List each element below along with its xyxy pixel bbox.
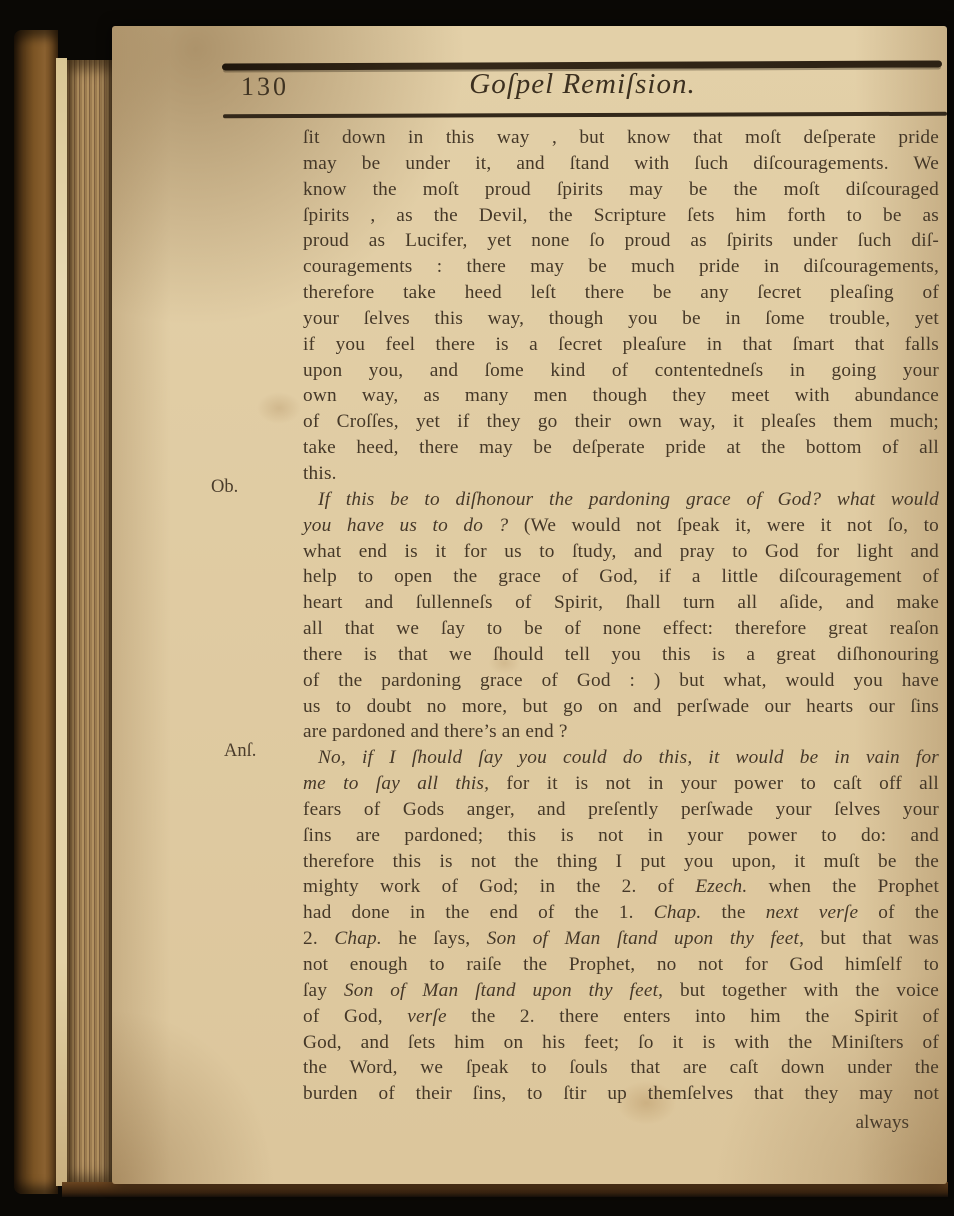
text-segment: you have us to do ? <box>303 515 524 536</box>
text-line: therefore take heed leſt there be any ſe… <box>303 280 939 306</box>
text-segment: had done in the end of the 1. <box>303 902 654 923</box>
text-line: No, if I ſhould ſay you could do this, i… <box>303 745 939 771</box>
text-line: fears of Gods anger, and preſently perſw… <box>303 797 939 823</box>
text-segment: there is that we ſhould tell you this is… <box>303 644 939 665</box>
text-segment: ſpirits , as the Devil, the Scripture ſe… <box>303 205 939 226</box>
text-segment: therefore take heed leſt there be any ſe… <box>303 282 939 303</box>
text-line: ſay Son of Man ſtand upon thy feet, but … <box>303 978 939 1004</box>
text-segment: ſins are pardoned; this is not in your p… <box>303 825 939 846</box>
text-line: therefore this is not the thing I put yo… <box>303 849 939 875</box>
text-segment: us to doubt no more, but go on and perſw… <box>303 696 939 717</box>
text-segment: , but together with the voice <box>658 980 939 1001</box>
text-segment: mighty work of God; in the 2. of <box>303 876 695 897</box>
text-line: us to doubt no more, but go on and perſw… <box>303 694 939 720</box>
text-line: heart and ſullenneſs of Spirit, ſhall tu… <box>303 590 939 616</box>
text-segment: proud as Lucifer, yet none ſo proud as ſ… <box>303 230 939 251</box>
page-text: ſit down in this way , but know that moſ… <box>303 125 939 1107</box>
text-line: couragements : there may be much pride i… <box>303 254 939 280</box>
page-fore-edges <box>67 60 115 1186</box>
text-segment: are pardoned and there’s an end ? <box>303 721 568 742</box>
text-line: are pardoned and there’s an end ? <box>303 719 939 745</box>
text-segment: No, if I ſhould ſay you could do this, i… <box>318 747 939 768</box>
text-line: burden of their ſins, to ſtir up themſel… <box>303 1081 939 1107</box>
text-line: If this be to diſhonour the pardoning gr… <box>303 487 939 513</box>
text-line: God, and ſets him on his feet; ſo it is … <box>303 1030 939 1056</box>
inner-page-edge <box>56 58 67 1186</box>
text-segment: of the <box>858 902 939 923</box>
text-segment: God, and ſets him on his feet; ſo it is … <box>303 1032 939 1053</box>
text-line: of the pardoning grace of God : ) but wh… <box>303 668 939 694</box>
text-line: you have us to do ? (We would not ſpeak … <box>303 513 939 539</box>
margin-note-objection: Ob. <box>211 477 238 498</box>
text-line: this. <box>303 461 939 487</box>
text-segment: if you feel there is a ſecret pleaſure i… <box>303 334 939 355</box>
text-segment: the <box>701 902 765 923</box>
text-line: the Word, we ſpeak to ſouls that are caſ… <box>303 1055 939 1081</box>
text-segment: when the Prophet <box>747 876 939 897</box>
text-line: upon you, and ſome kind of contentedneſs… <box>303 358 939 384</box>
text-segment: Chap. <box>334 928 382 949</box>
text-segment: the Word, we ſpeak to ſouls that are caſ… <box>303 1057 939 1078</box>
catchword: always <box>303 1112 939 1134</box>
text-segment: for it is not in your power to caſt off … <box>506 773 939 794</box>
text-line: own way, as many men though they meet wi… <box>303 383 939 409</box>
text-segment: couragements : there may be much pride i… <box>303 256 939 277</box>
margin-note-answer: Anſ. <box>224 741 256 762</box>
text-segment: know the moſt proud ſpirits may be the m… <box>303 179 939 200</box>
text-line: ſpirits , as the Devil, the Scripture ſe… <box>303 203 939 229</box>
text-segment: Son of Man ſtand upon thy feet <box>487 928 799 949</box>
text-segment: all that we ſay to be of none effect: th… <box>303 618 939 639</box>
text-segment: ſay <box>303 980 344 1001</box>
book-cover-edge <box>14 30 58 1194</box>
text-line: may be under it, and ſtand with ſuch diſ… <box>303 151 939 177</box>
text-line: had done in the end of the 1. Chap. the … <box>303 900 939 926</box>
text-segment: of God, <box>303 1006 407 1027</box>
text-segment: If this be to diſhonour the pardoning gr… <box>318 489 939 510</box>
text-segment: help to open the grace of God, if a litt… <box>303 566 939 587</box>
text-line: not enough to raiſe the Prophet, no not … <box>303 952 939 978</box>
text-segment: of Croſſes, yet if they go their own way… <box>303 411 939 432</box>
running-title: Goſpel Remiſsion. <box>225 68 940 101</box>
text-segment: Son of Man ſtand upon thy feet <box>344 980 658 1001</box>
text-segment: me to ſay all this, <box>303 773 506 794</box>
text-segment: your ſelves this way, though you be in ſ… <box>303 308 939 329</box>
text-line: there is that we ſhould tell you this is… <box>303 642 939 668</box>
text-line: of God, verſe the 2. there enters into h… <box>303 1004 939 1030</box>
text-segment: take heed, there may be deſperate pride … <box>303 437 939 458</box>
text-line: all that we ſay to be of none effect: th… <box>303 616 939 642</box>
text-segment: (We would not ſpeak it, were it not ſo, … <box>524 515 939 536</box>
book-page: 130 Goſpel Remiſsion. Ob. Anſ. ſit down … <box>112 26 947 1184</box>
text-line: take heed, there may be deſperate pride … <box>303 435 939 461</box>
text-line: of Croſſes, yet if they go their own way… <box>303 409 939 435</box>
text-segment: what end is it for us to ſtudy, and pray… <box>303 541 939 562</box>
text-segment: the 2. there enters into him the Spirit … <box>447 1006 939 1027</box>
text-line: know the moſt proud ſpirits may be the m… <box>303 177 939 203</box>
text-line: mighty work of God; in the 2. of Ezech. … <box>303 874 939 900</box>
text-segment: , but that was <box>799 928 939 949</box>
text-line: help to open the grace of God, if a litt… <box>303 564 939 590</box>
text-segment: ſit down in this way , but know that moſ… <box>303 127 939 148</box>
text-segment: 2. <box>303 928 334 949</box>
text-segment: of the pardoning grace of God : ) but wh… <box>303 670 939 691</box>
text-line: if you feel there is a ſecret pleaſure i… <box>303 332 939 358</box>
text-segment: own way, as many men though they meet wi… <box>303 385 939 406</box>
text-line: proud as Lucifer, yet none ſo proud as ſ… <box>303 228 939 254</box>
text-line: your ſelves this way, though you be in ſ… <box>303 306 939 332</box>
text-line: what end is it for us to ſtudy, and pray… <box>303 539 939 565</box>
text-segment: upon you, and ſome kind of contentedneſs… <box>303 360 939 381</box>
text-segment: verſe <box>407 1006 447 1027</box>
text-segment: Chap. <box>654 902 702 923</box>
text-segment: this. <box>303 463 337 484</box>
text-segment: not enough to raiſe the Prophet, no not … <box>303 954 939 975</box>
text-line: me to ſay all this, for it is not in you… <box>303 771 939 797</box>
text-line: ſins are pardoned; this is not in your p… <box>303 823 939 849</box>
text-segment: heart and ſullenneſs of Spirit, ſhall tu… <box>303 592 939 613</box>
text-line: ſit down in this way , but know that moſ… <box>303 125 939 151</box>
text-segment: burden of their ſins, to ſtir up themſel… <box>303 1083 939 1104</box>
text-segment: he ſays, <box>382 928 487 949</box>
text-segment: fears of Gods anger, and preſently perſw… <box>303 799 939 820</box>
text-segment: may be under it, and ſtand with ſuch diſ… <box>303 153 939 174</box>
text-segment: next verſe <box>766 902 859 923</box>
book-photo: 130 Goſpel Remiſsion. Ob. Anſ. ſit down … <box>0 0 954 1216</box>
text-segment: Ezech. <box>695 876 747 897</box>
header-rule-bottom <box>223 112 947 119</box>
book-bottom-board <box>62 1182 948 1197</box>
text-line: 2. Chap. he ſays, Son of Man ſtand upon … <box>303 926 939 952</box>
text-segment: therefore this is not the thing I put yo… <box>303 851 939 872</box>
